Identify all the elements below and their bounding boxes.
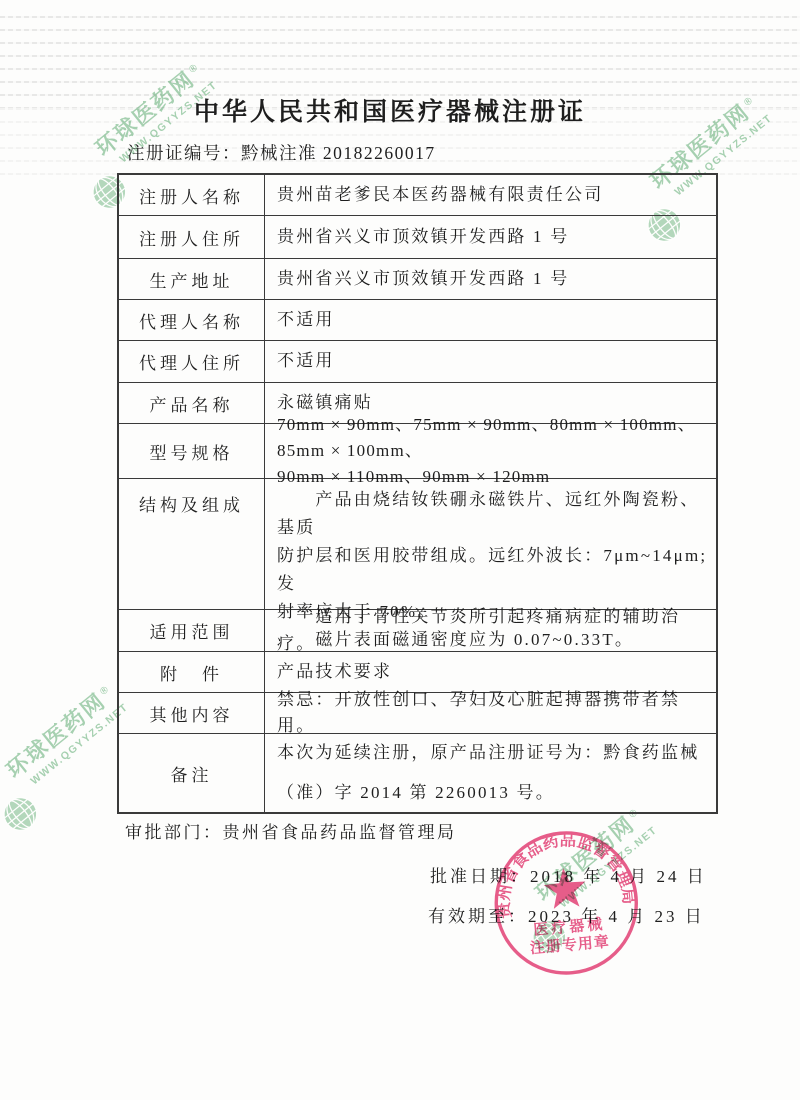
row-value: 贵州省兴义市顶效镇开发西路 1 号 (265, 259, 716, 299)
row-label: 注册人名称 (119, 175, 265, 215)
table-row: 代理人名称 不适用 (119, 299, 716, 340)
certificate-title: 中华人民共和国医疗器械注册证 (0, 92, 780, 128)
official-seal: 贵州省食品药品监督管理局 医疗器械 注册专用章 (479, 813, 652, 986)
table-row: 适用范围 适用于骨性关节炎所引起疼痛病症的辅助治疗。 (119, 609, 716, 651)
certificate-table: 注册人名称 贵州苗老爹民本医药器械有限责任公司 注册人住所 贵州省兴义市顶效镇开… (117, 173, 718, 814)
row-value: 贵州苗老爹民本医药器械有限责任公司 (265, 175, 716, 215)
approval-department: 审批部门：贵州省食品药品监督管理局 (125, 818, 457, 843)
seal-ring (490, 827, 642, 979)
table-row: 结构及组成 产品由烧结钕铁硼永磁铁片、远红外陶瓷粉、基质 防护层和医用胶带组成。… (119, 478, 716, 609)
row-label: 代理人住所 (119, 341, 265, 382)
row-value: 不适用 (265, 300, 716, 340)
row-label: 其他内容 (119, 693, 265, 733)
table-row: 型号规格 70mm × 90mm、75mm × 90mm、80mm × 100m… (119, 423, 716, 478)
row-label: 型号规格 (119, 424, 265, 478)
certificate-number: 注册证编号：黔械注准 20182260017 (127, 140, 436, 165)
table-row: 注册人住所 贵州省兴义市顶效镇开发西路 1 号 (119, 215, 716, 258)
row-label: 附 件 (119, 652, 265, 692)
row-label: 产品名称 (119, 383, 265, 423)
table-row: 代理人住所 不适用 (119, 340, 716, 382)
scanned-certificate-page: { "document": { "title": "中华人民共和国医疗器械注册证… (0, 0, 800, 1100)
table-row: 其他内容 禁忌：开放性创口、孕妇及心脏起搏器携带者禁用。 (119, 692, 716, 733)
row-label: 注册人住所 (119, 216, 265, 258)
row-value: 70mm × 90mm、75mm × 90mm、80mm × 100mm、85m… (265, 424, 716, 478)
row-label: 结构及组成 (119, 479, 265, 609)
star-icon (542, 866, 587, 909)
row-label: 生产地址 (119, 259, 265, 299)
row-value: 不适用 (265, 341, 716, 382)
table-row: 注册人名称 贵州苗老爹民本医药器械有限责任公司 (119, 175, 716, 215)
row-label: 备注 (119, 734, 265, 812)
row-value: 禁忌：开放性创口、孕妇及心脏起搏器携带者禁用。 (265, 693, 716, 733)
row-value: 适用于骨性关节炎所引起疼痛病症的辅助治疗。 (265, 610, 716, 651)
row-value: 产品由烧结钕铁硼永磁铁片、远红外陶瓷粉、基质 防护层和医用胶带组成。远红外波长：… (265, 479, 716, 609)
row-value: 本次为延续注册，原产品注册证号为：黔食药监械 （准）字 2014 第 22600… (265, 734, 716, 812)
table-row: 生产地址 贵州省兴义市顶效镇开发西路 1 号 (119, 258, 716, 299)
row-label: 代理人名称 (119, 300, 265, 340)
table-row: 备注 本次为延续注册，原产品注册证号为：黔食药监械 （准）字 2014 第 22… (119, 733, 716, 812)
row-value: 贵州省兴义市顶效镇开发西路 1 号 (265, 216, 716, 258)
row-label: 适用范围 (119, 610, 265, 651)
globe-icon (0, 787, 47, 840)
